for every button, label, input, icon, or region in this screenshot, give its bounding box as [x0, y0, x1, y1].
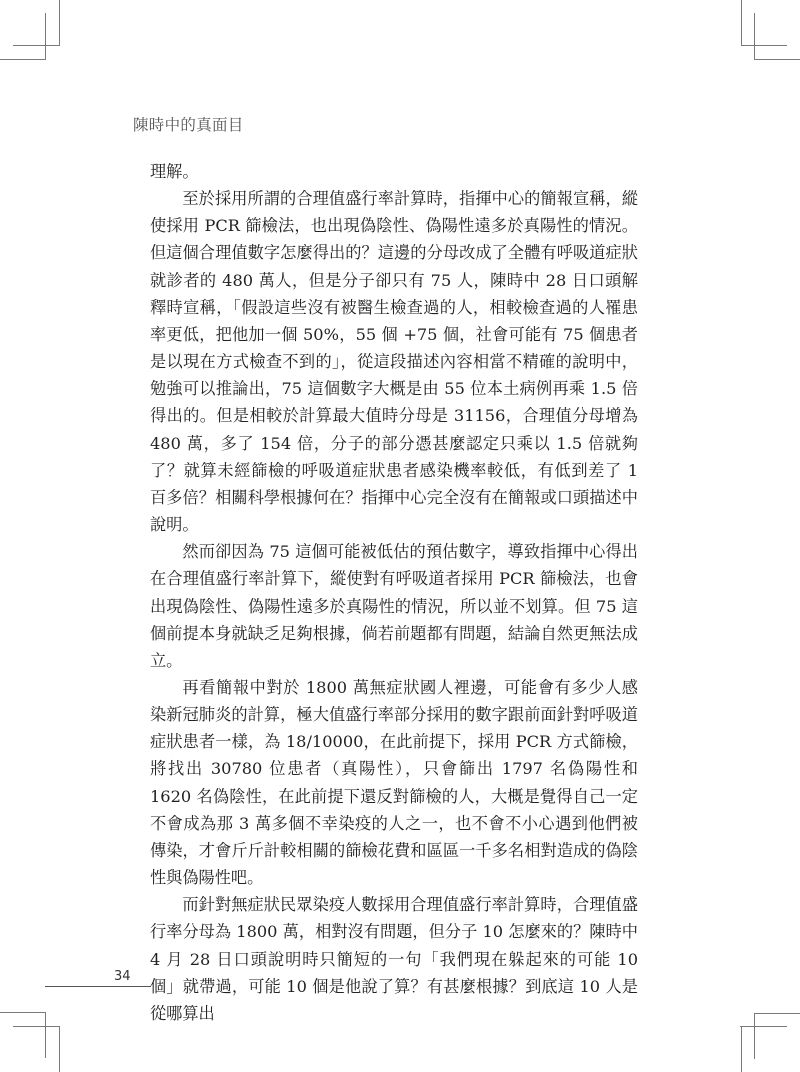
crop-mark-bottom-left [0, 1012, 46, 1013]
crop-mark-top-right [741, 0, 742, 45]
crop-mark-bottom-left [59, 1026, 60, 1072]
crop-mark-bottom-right [740, 1026, 787, 1027]
crop-mark-bottom-right [741, 1026, 742, 1072]
crop-mark-top-left [13, 45, 60, 46]
paragraph: 再看簡報中對於 1800 萬無症狀國人裡邊，可能會有多少人感染新冠肺炎的計算，極… [150, 674, 638, 891]
paragraph-continuation: 理解。 [150, 158, 638, 185]
crop-mark-top-left [45, 13, 46, 59]
paragraph: 而針對無症狀民眾染疫人數採用合理值盛行率計算時，合理值盛行率分母為 1800 萬… [150, 891, 638, 1027]
crop-mark-top-right [741, 45, 787, 46]
crop-mark-bottom-right [754, 1013, 755, 1059]
crop-mark-top-right [754, 59, 800, 60]
crop-mark-bottom-left [13, 1026, 60, 1027]
crop-mark-top-left [59, 0, 60, 45]
crop-mark-top-right [754, 13, 755, 59]
crop-mark-bottom-left [45, 1012, 46, 1058]
body-text: 理解。 至於採用所謂的合理值盛行率計算時，指揮中心的簡報宣稱，縱使採用 PCR … [150, 158, 638, 1027]
crop-mark-bottom-right [754, 1013, 800, 1014]
footer-rule [45, 986, 151, 987]
page-number: 34 [114, 969, 131, 984]
running-title: 陳時中的真面目 [133, 113, 244, 135]
crop-mark-top-left [0, 59, 46, 60]
paragraph: 然而卻因為 75 這個可能被低估的預估數字，導致指揮中心得出在合理值盛行率計算下… [150, 538, 638, 674]
paragraph: 至於採用所謂的合理值盛行率計算時，指揮中心的簡報宣稱，縱使採用 PCR 篩檢法，… [150, 185, 638, 538]
